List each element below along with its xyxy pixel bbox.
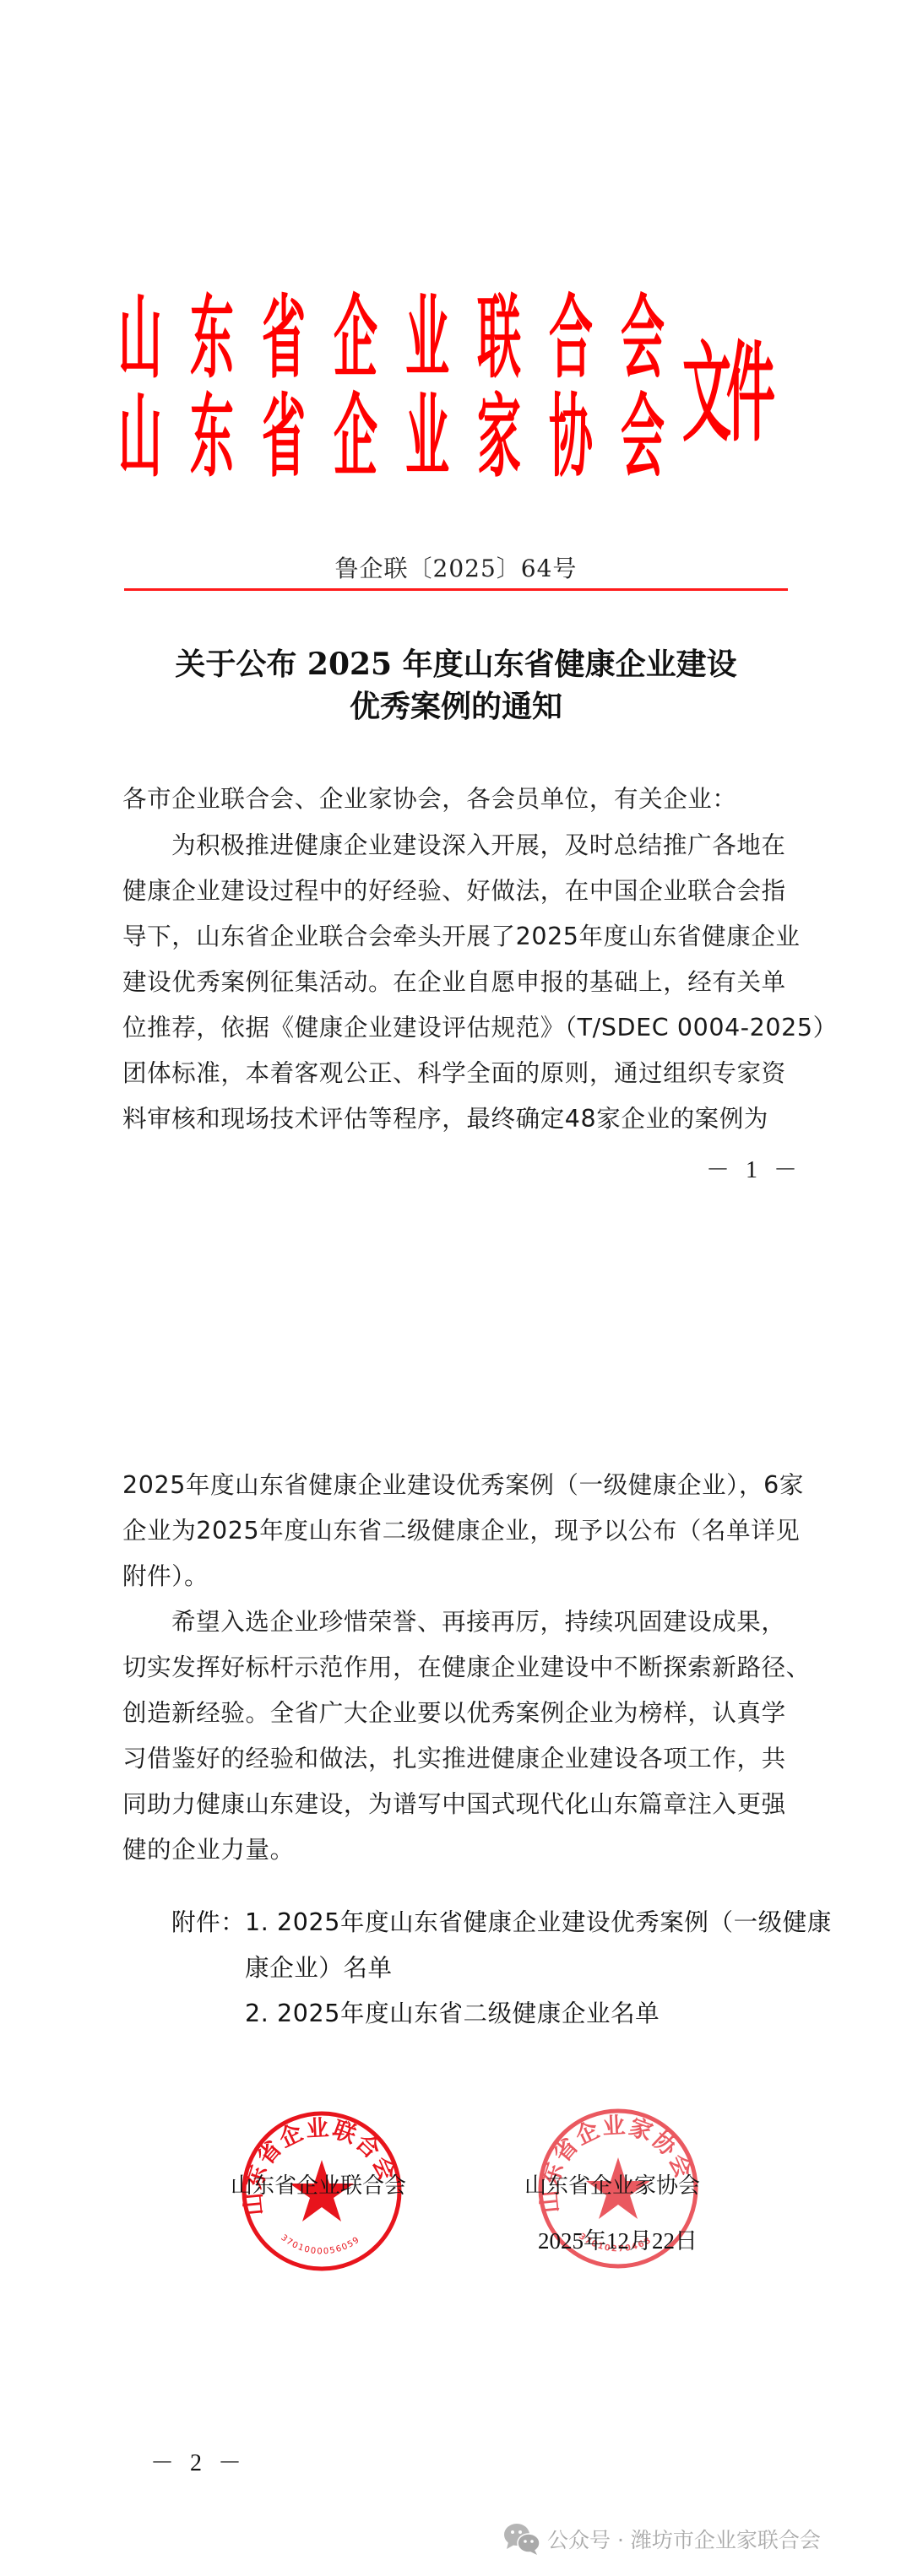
- body-line: 希望入选企业珍惜荣誉、再接再厉，持续巩固建设成果，: [171, 1608, 839, 1637]
- body-line: 健康企业建设过程中的好经验、好做法，在中国企业联合会指: [122, 877, 790, 906]
- letterhead-char: 企: [334, 341, 405, 535]
- body-line: 建设优秀案例征集活动。在企业自愿申报的基础上，经有关单: [122, 968, 790, 997]
- wechat-icon: [503, 2522, 540, 2556]
- body-line: 料审核和现场技术评估等程序，最终确定48家企业的案例为: [122, 1105, 790, 1134]
- body-line: 创造新经验。全省广大企业要以优秀案例企业为榜样，认真学: [122, 1699, 790, 1728]
- attachments-label: 附件：: [171, 1908, 245, 1937]
- letterhead-suffix: 文件: [682, 267, 784, 519]
- wechat-watermark: 公众号 · 潍坊市企业家联合会: [503, 2522, 821, 2556]
- body-line: 企业为2025年度山东省二级健康企业，现予以公布（名单详见: [122, 1517, 790, 1545]
- body-line: 附件）。: [122, 1562, 790, 1591]
- body-line: 同助力健康山东建设，为谱写中国式现代化山东篇章注入更强: [122, 1790, 790, 1819]
- page-number-1: － 1 －: [706, 1151, 802, 1185]
- body-line: 习借鉴好的经验和做法，扎实推进健康企业建设各项工作，共: [122, 1745, 790, 1773]
- red-divider-rule: [124, 588, 788, 591]
- letterhead-char: 业: [405, 341, 477, 535]
- letterhead-char: 东: [190, 341, 262, 535]
- body-line: 为积极推进健康企业建设深入开展，及时总结推广各地在: [171, 831, 839, 860]
- salutation: 各市企业联合会、企业家协会，各会员单位，有关企业：: [122, 785, 790, 814]
- document-number: 鲁企联〔2025〕64号: [0, 550, 912, 584]
- attachment-item-1: 1. 2025年度山东省健康企业建设优秀案例（一级健康: [245, 1908, 832, 1937]
- signature-org-2: 山东省企业家协会: [524, 2173, 700, 2199]
- title-line-1: 关于公布 2025 年度山东省健康企业建设: [0, 643, 912, 685]
- signature-date: 2025年12月22日: [538, 2228, 698, 2254]
- letterhead-char: 山: [118, 341, 190, 535]
- watermark-text: 公众号 · 潍坊市企业家联合会: [547, 2524, 821, 2554]
- title-line-2: 优秀案例的通知: [0, 685, 912, 728]
- attachment-item-2: 2. 2025年度山东省二级健康企业名单: [245, 2000, 660, 2028]
- signature-org-1: 山东省企业联合会: [231, 2173, 406, 2199]
- svg-text:3701000056059: 3701000056059: [279, 2233, 361, 2257]
- body-line: 团体标准，本着客观公正、科学全面的原则，通过组织专家资: [122, 1059, 790, 1088]
- letterhead-char: 家: [477, 341, 549, 535]
- body-line: 健的企业力量。: [122, 1836, 790, 1864]
- body-line: 切实发挥好标杆示范作用，在健康企业建设中不断探索新路径、: [122, 1653, 790, 1682]
- body-line: 2025年度山东省健康企业建设优秀案例（一级健康企业），6家: [122, 1471, 790, 1500]
- letterhead-line-2: 山 东 省 企 业 家 协 会: [118, 391, 692, 485]
- body-line: 位推荐，依据《健康企业建设评估规范》（T/SDEC 0004-2025）: [122, 1014, 790, 1042]
- letterhead-char: 省: [262, 341, 334, 535]
- body-line: 导下，山东省企业联合会牵头开展了2025年度山东省健康企业: [122, 923, 790, 951]
- page-number-2: － 2 －: [150, 2444, 247, 2478]
- attachment-item-1-cont: 康企业）名单: [245, 1954, 393, 1983]
- letterhead-char: 协: [549, 341, 621, 535]
